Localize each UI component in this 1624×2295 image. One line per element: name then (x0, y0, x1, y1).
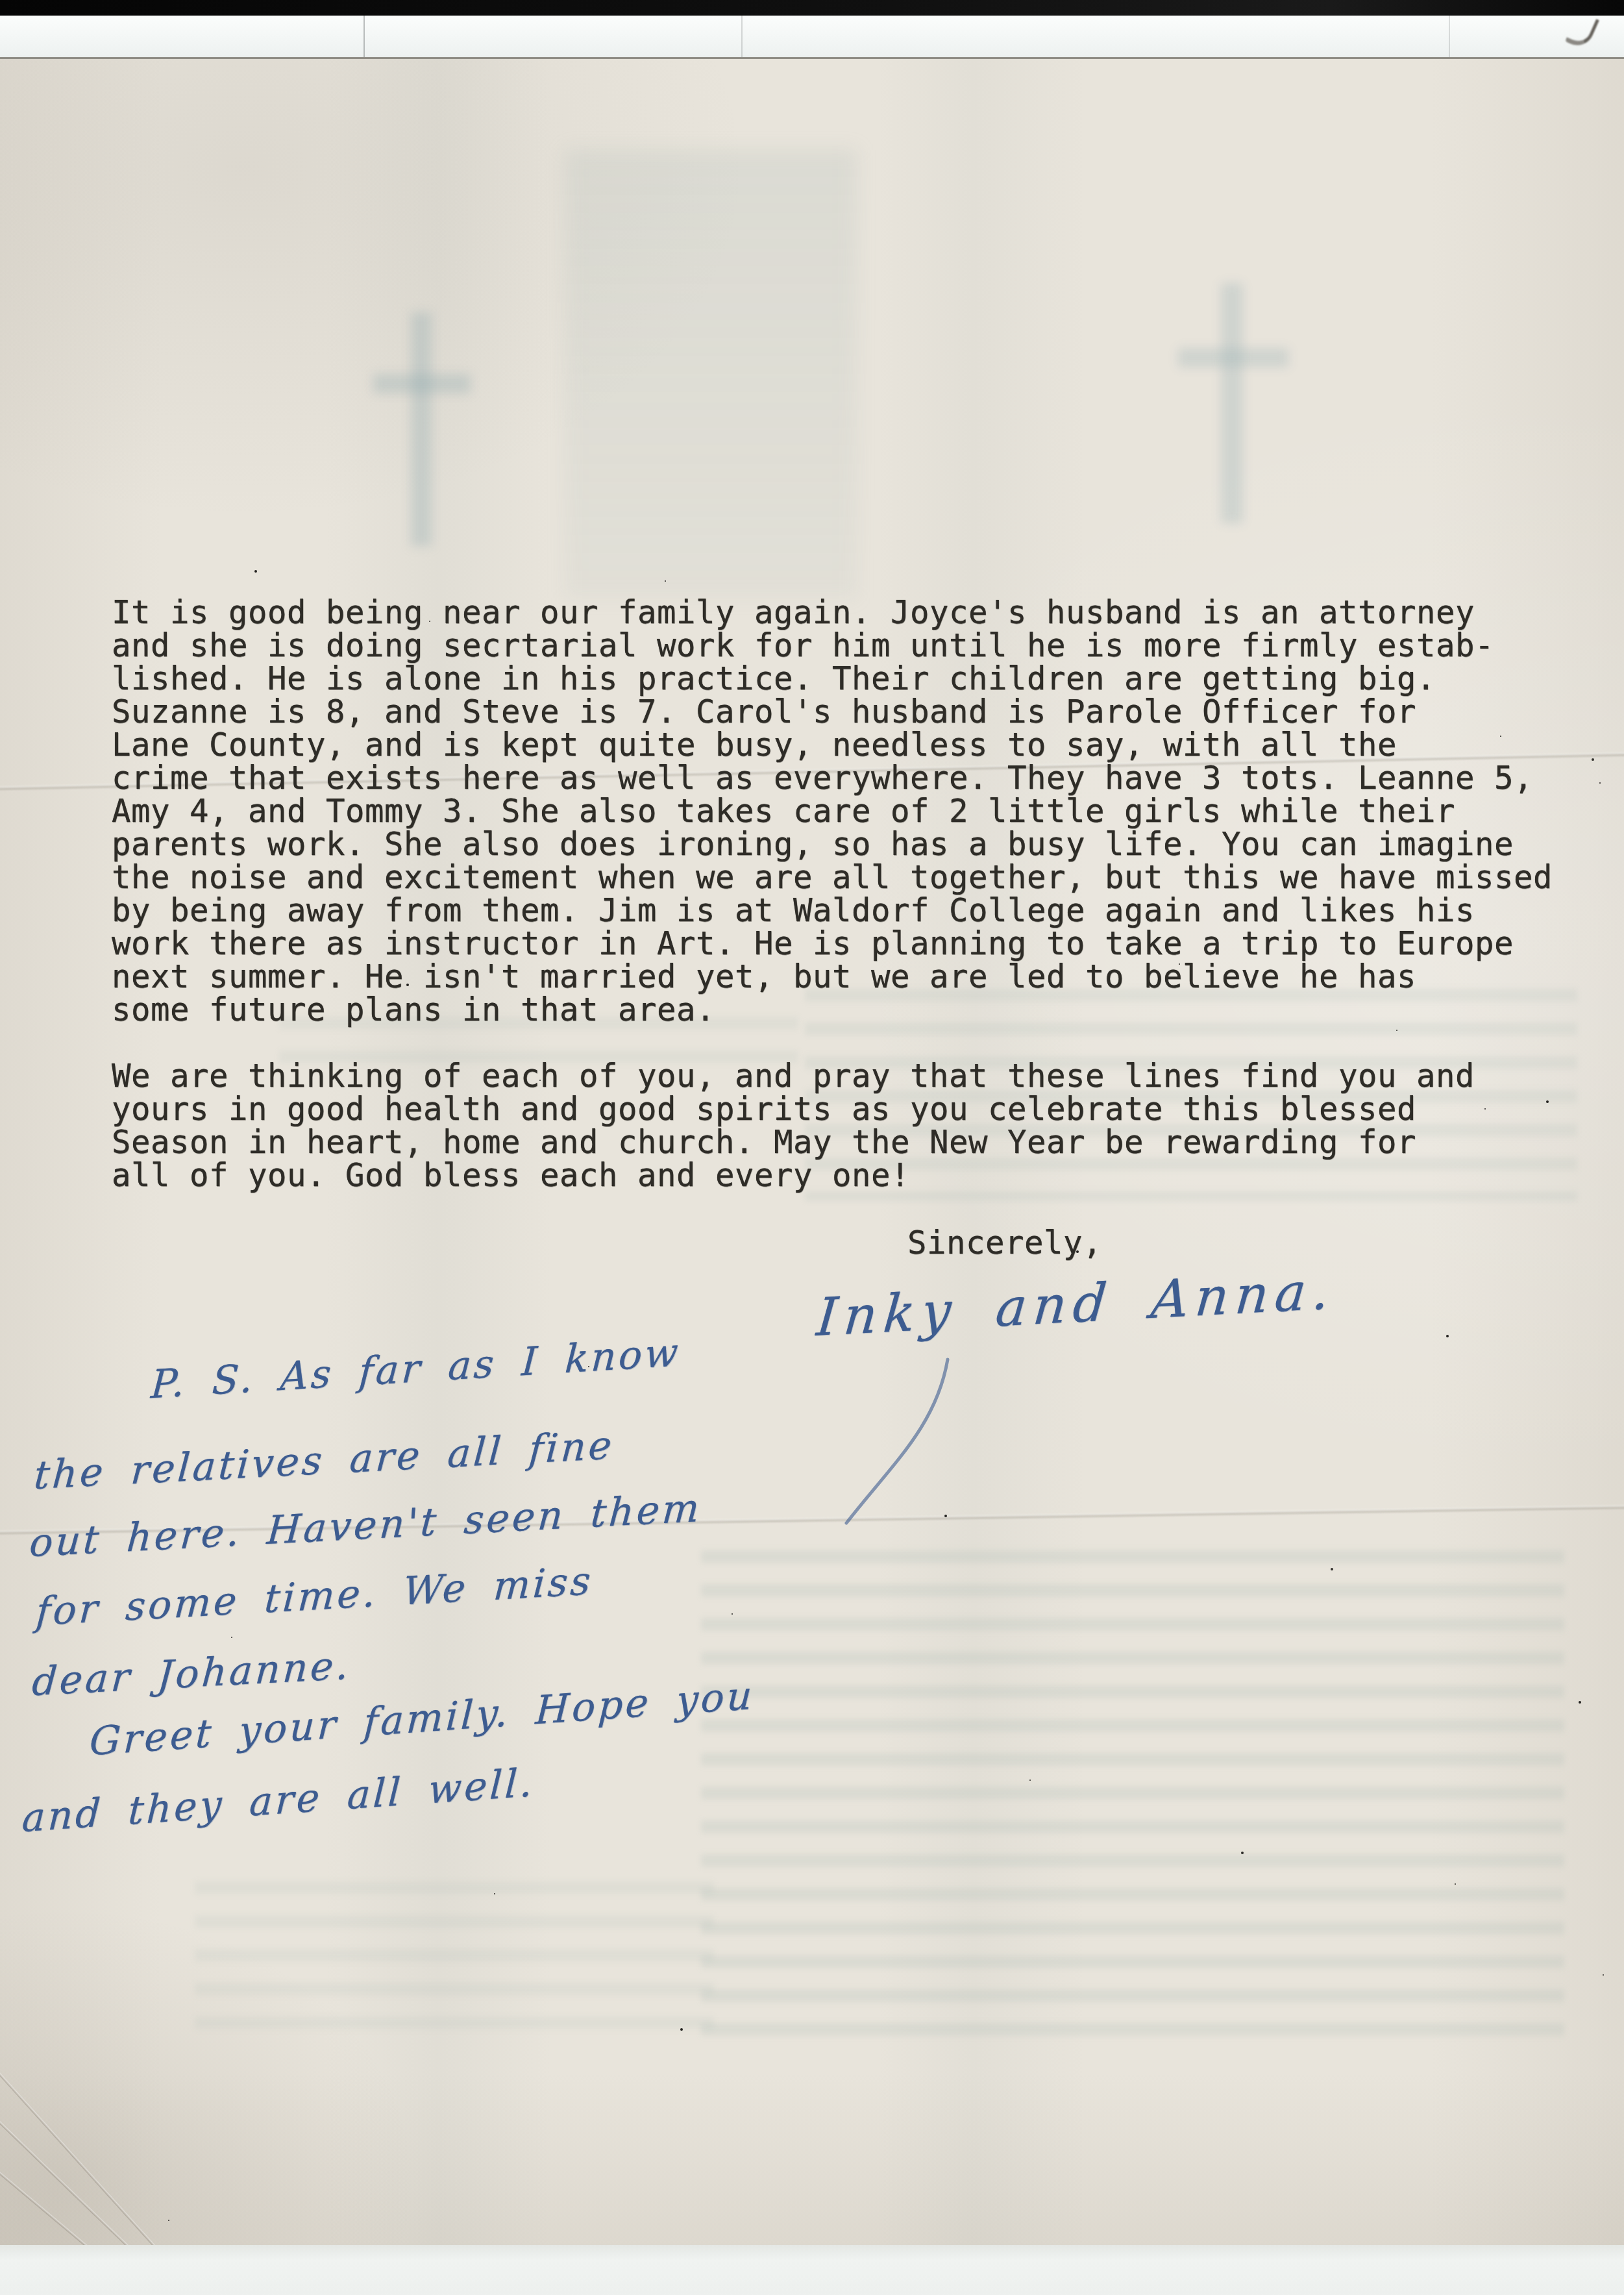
typed-closing: Sincerely, (907, 1224, 1102, 1261)
scanner-scratch (741, 16, 743, 57)
scanner-edge-black (0, 0, 1624, 16)
scanner-bed-top-strip (0, 16, 1624, 57)
scanner-scratch (363, 16, 365, 57)
typed-letter-body: It is good being near our family again. … (112, 596, 1553, 1192)
cross-vertical-bar (411, 312, 432, 546)
bleed-through-cross-left (373, 312, 471, 546)
scanner-scratch (1449, 16, 1450, 57)
cross-horizontal-bar (1178, 348, 1288, 367)
scanned-letter-page: It is good being near our family again. … (0, 0, 1624, 2295)
scanner-bed-bottom-strip (0, 2245, 1624, 2295)
cross-vertical-bar (1221, 283, 1243, 523)
cross-horizontal-bar (373, 374, 471, 393)
bleed-through-cross-right (1178, 283, 1288, 523)
bleed-through-rectangle (565, 150, 857, 598)
